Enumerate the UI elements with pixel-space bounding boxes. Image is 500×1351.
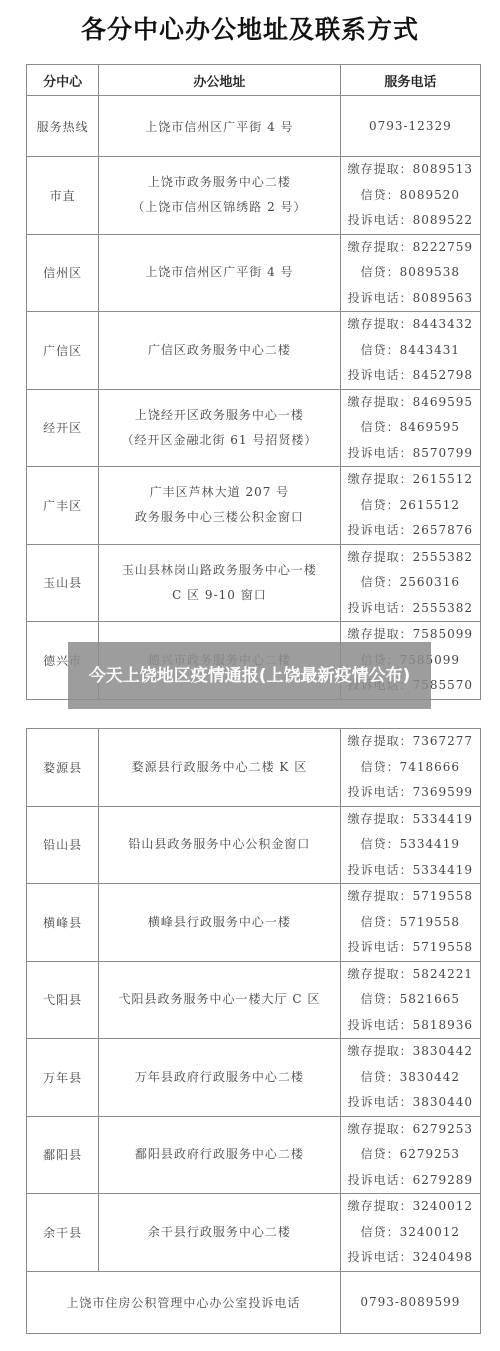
address-line: （上饶市信州区锦绣路 2 号）: [99, 195, 340, 220]
branch-name: 铅山县: [27, 806, 99, 884]
branch-address: 上饶市信州区广平街 4 号: [99, 234, 341, 312]
branch-address: 上饶市信州区广平街 4 号: [99, 96, 341, 157]
branch-phones: 缴存提取：8469595信贷：8469595投诉电话：8570799: [340, 389, 480, 467]
address-line: 政务服务中心三楼公积金窗口: [99, 505, 340, 530]
phone-line: 缴存提取：3240012: [341, 1194, 480, 1220]
branch-address: 万年县政府行政服务中心二楼: [99, 1039, 341, 1117]
address-line: 万年县政府行政服务中心二楼: [99, 1065, 340, 1090]
branch-name: 弋阳县: [27, 961, 99, 1039]
address-line: 铅山县政务服务中心公积金窗口: [99, 832, 340, 857]
branch-address: 婺源县行政服务中心二楼 K 区: [99, 729, 341, 807]
address-line: C 区 9-10 窗口: [99, 583, 340, 608]
table-row: 铅山县铅山县政务服务中心公积金窗口缴存提取：5334419信贷：5334419投…: [27, 806, 481, 884]
complaint-label: 上饶市住房公积管理中心办公室投诉电话: [27, 1271, 341, 1333]
address-line: 余干县行政服务中心二楼: [99, 1220, 340, 1245]
address-line: （经开区金融北街 61 号招贤楼）: [99, 428, 340, 453]
branch-name: 横峰县: [27, 884, 99, 962]
branch-name: 玉山县: [27, 544, 99, 622]
branch-address: 上饶经开区政务服务中心一楼（经开区金融北街 61 号招贤楼）: [99, 389, 341, 467]
phone-line: 缴存提取：8469595: [341, 390, 480, 416]
phone-line: 投诉电话：6279289: [341, 1168, 480, 1194]
address-line: 上饶市信州区广平街 4 号: [99, 260, 340, 285]
table-row: 经开区上饶经开区政务服务中心一楼（经开区金融北街 61 号招贤楼）缴存提取：84…: [27, 389, 481, 467]
phone-line: 缴存提取：5334419: [341, 807, 480, 833]
phone-line: 缴存提取：8222759: [341, 235, 480, 261]
address-line: 横峰县行政服务中心一楼: [99, 910, 340, 935]
phone-line: 投诉电话：3240498: [341, 1245, 480, 1271]
branch-address: 横峰县行政服务中心一楼: [99, 884, 341, 962]
branch-name: 经开区: [27, 389, 99, 467]
phone-line: 投诉电话：8452798: [341, 363, 480, 389]
phone-line: 缴存提取：8443432: [341, 312, 480, 338]
table-row: 广丰区广丰区芦林大道 207 号政务服务中心三楼公积金窗口缴存提取：261551…: [27, 467, 481, 545]
branch-name: 信州区: [27, 234, 99, 312]
branch-phones: 缴存提取：7367277信贷：7418666投诉电话：7369599: [340, 729, 480, 807]
branch-address: 广信区政务服务中心二楼: [99, 312, 341, 390]
branch-address: 鄱阳县政府行政服务中心二楼: [99, 1116, 341, 1194]
phone-line: 缴存提取：6279253: [341, 1117, 480, 1143]
address-line: 上饶经开区政务服务中心一楼: [99, 403, 340, 428]
branch-name: 市直: [27, 157, 99, 235]
address-line: 上饶市政务服务中心二楼: [99, 170, 340, 195]
branch-phones: 缴存提取：8443432信贷：8443431投诉电话：8452798: [340, 312, 480, 390]
address-line: 婺源县行政服务中心二楼 K 区: [99, 755, 340, 780]
phone-line: 信贷：8089538: [341, 260, 480, 286]
branch-phones: 缴存提取：6279253信贷：6279253投诉电话：6279289: [340, 1116, 480, 1194]
address-line: 玉山县林岗山路政务服务中心一楼: [99, 558, 340, 583]
caption-overlay: 今天上饶地区疫情通报(上饶最新疫情公布): [68, 642, 431, 709]
phone-line: 缴存提取：2615512: [341, 467, 480, 493]
branch-address: 玉山县林岗山路政务服务中心一楼C 区 9-10 窗口: [99, 544, 341, 622]
branch-address: 弋阳县政务服务中心一楼大厅 C 区: [99, 961, 341, 1039]
phone-line: 投诉电话：3830440: [341, 1090, 480, 1116]
branch-address: 上饶市政务服务中心二楼（上饶市信州区锦绣路 2 号）: [99, 157, 341, 235]
phone-line: 投诉电话：5818936: [341, 1013, 480, 1039]
table-header-row: 分中心 办公地址 服务电话: [27, 65, 481, 96]
complaint-phone: 0793-8089599: [340, 1271, 480, 1333]
branch-name: 广信区: [27, 312, 99, 390]
phone-line: 缴存提取：8089513: [341, 157, 480, 183]
branch-phone: 0793-12329: [340, 96, 480, 157]
branch-phones: 缴存提取：8222759信贷：8089538投诉电话：8089563: [340, 234, 480, 312]
branch-phones: 缴存提取：3240012信贷：3240012投诉电话：3240498: [340, 1194, 480, 1272]
branch-name: 婺源县: [27, 729, 99, 807]
phone-line: 缴存提取：2555382: [341, 545, 480, 571]
branch-name: 万年县: [27, 1039, 99, 1117]
header-address: 办公地址: [99, 65, 341, 96]
phone-line: 缴存提取：7367277: [341, 729, 480, 755]
branch-phones: 缴存提取：5334419信贷：5334419投诉电话：5334419: [340, 806, 480, 884]
branch-name: 余干县: [27, 1194, 99, 1272]
phone-line: 信贷：2615512: [341, 493, 480, 519]
branch-address: 广丰区芦林大道 207 号政务服务中心三楼公积金窗口: [99, 467, 341, 545]
branch-phones: 缴存提取：8089513信贷：8089520投诉电话：8089522: [340, 157, 480, 235]
phone-line: 信贷：5719558: [341, 910, 480, 936]
phone-line: 信贷：8443431: [341, 338, 480, 364]
branch-phones: 缴存提取：5824221信贷：5821665投诉电话：5818936: [340, 961, 480, 1039]
phone-line: 缴存提取：5824221: [341, 962, 480, 988]
branch-address: 余干县行政服务中心二楼: [99, 1194, 341, 1272]
contact-table-part1: 分中心 办公地址 服务电话 服务热线 上饶市信州区广平街 4 号 0793-12…: [26, 64, 481, 700]
phone-line: 投诉电话：8089563: [341, 286, 480, 312]
table-row: 余干县余干县行政服务中心二楼缴存提取：3240012信贷：3240012投诉电话…: [27, 1194, 481, 1272]
address-line: 广丰区芦林大道 207 号: [99, 480, 340, 505]
phone-line: 信贷：3240012: [341, 1220, 480, 1246]
phone-line: 信贷：8469595: [341, 415, 480, 441]
phone-line: 投诉电话：8089522: [341, 208, 480, 234]
phone-line: 投诉电话：2555382: [341, 596, 480, 622]
phone-line: 投诉电话：7369599: [341, 780, 480, 806]
address-line: 广信区政务服务中心二楼: [99, 338, 340, 363]
branch-phones: 缴存提取：2555382信贷：2560316投诉电话：2555382: [340, 544, 480, 622]
table-row: 万年县万年县政府行政服务中心二楼缴存提取：3830442信贷：3830442投诉…: [27, 1039, 481, 1117]
phone-line: 信贷：7418666: [341, 755, 480, 781]
address-line: 鄱阳县政府行政服务中心二楼: [99, 1142, 340, 1167]
branch-phones: 缴存提取：5719558信贷：5719558投诉电话：5719558: [340, 884, 480, 962]
phone-line: 信贷：8089520: [341, 183, 480, 209]
table-row: 广信区广信区政务服务中心二楼缴存提取：8443432信贷：8443431投诉电话…: [27, 312, 481, 390]
table-row: 弋阳县弋阳县政务服务中心一楼大厅 C 区缴存提取：5824221信贷：58216…: [27, 961, 481, 1039]
branch-phones: 缴存提取：2615512信贷：2615512投诉电话：2657876: [340, 467, 480, 545]
table-row-hotline: 服务热线 上饶市信州区广平街 4 号 0793-12329: [27, 96, 481, 157]
phone-line: 投诉电话：5334419: [341, 858, 480, 884]
contact-table-part2: 婺源县婺源县行政服务中心二楼 K 区缴存提取：7367277信贷：7418666…: [26, 728, 481, 1334]
table-row: 横峰县横峰县行政服务中心一楼缴存提取：5719558信贷：5719558投诉电话…: [27, 884, 481, 962]
table-row: 婺源县婺源县行政服务中心二楼 K 区缴存提取：7367277信贷：7418666…: [27, 729, 481, 807]
table-row: 鄱阳县鄱阳县政府行政服务中心二楼缴存提取：6279253信贷：6279253投诉…: [27, 1116, 481, 1194]
table-row-complaint: 上饶市住房公积管理中心办公室投诉电话 0793-8089599: [27, 1271, 481, 1333]
document-title: 各分中心办公地址及联系方式: [0, 10, 500, 46]
branch-name: 广丰区: [27, 467, 99, 545]
phone-line: 信贷：2560316: [341, 570, 480, 596]
table-row: 信州区上饶市信州区广平街 4 号缴存提取：8222759信贷：8089538投诉…: [27, 234, 481, 312]
phone-line: 缴存提取：3830442: [341, 1039, 480, 1065]
phone-line: 缴存提取：5719558: [341, 884, 480, 910]
branch-phones: 缴存提取：3830442信贷：3830442投诉电话：3830440: [340, 1039, 480, 1117]
phone-line: 投诉电话：5719558: [341, 935, 480, 961]
table-row: 玉山县玉山县林岗山路政务服务中心一楼C 区 9-10 窗口缴存提取：255538…: [27, 544, 481, 622]
phone-line: 投诉电话：2657876: [341, 518, 480, 544]
phone-line: 信贷：5334419: [341, 832, 480, 858]
branch-name: 服务热线: [27, 96, 99, 157]
branch-name: 鄱阳县: [27, 1116, 99, 1194]
table-row: 市直上饶市政务服务中心二楼（上饶市信州区锦绣路 2 号）缴存提取：8089513…: [27, 157, 481, 235]
address-line: 弋阳县政务服务中心一楼大厅 C 区: [99, 987, 340, 1012]
phone-line: 信贷：6279253: [341, 1142, 480, 1168]
phone-line: 信贷：3830442: [341, 1065, 480, 1091]
header-branch: 分中心: [27, 65, 99, 96]
phone-line: 投诉电话：8570799: [341, 441, 480, 467]
header-phone: 服务电话: [340, 65, 480, 96]
phone-line: 信贷：5821665: [341, 987, 480, 1013]
branch-address: 铅山县政务服务中心公积金窗口: [99, 806, 341, 884]
